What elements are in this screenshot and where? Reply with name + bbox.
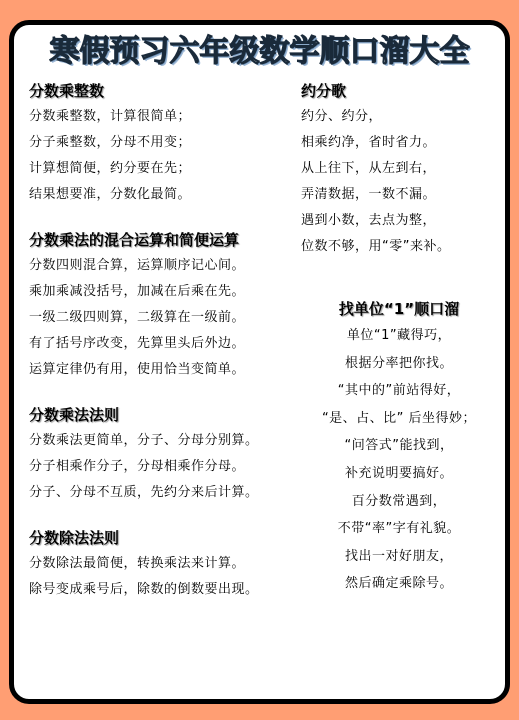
rhyme-line: 乘加乘减没括号，加减在后乘在先。 bbox=[29, 279, 289, 305]
rhyme-line: 分子、分母不互质，先约分来后计算。 bbox=[29, 480, 289, 506]
section-multiplication-rule: 分数乘法法则 分数乘法更简单，分子、分母分别算。 分子相乘作分子，分母相乘作分母… bbox=[29, 402, 289, 506]
rhyme-line: 不带“率”字有礼貌。 bbox=[301, 515, 497, 543]
rhyme-line: 找出一对好朋友， bbox=[301, 543, 497, 571]
rhyme-line: 一级二级四则算，二级算在一级前。 bbox=[29, 305, 289, 331]
rhyme-line: 遇到小数，去点为整， bbox=[301, 208, 497, 234]
rhyme-line: 约分、约分， bbox=[301, 104, 497, 130]
rhyme-line: 除号变成乘号后，除数的倒数要出现。 bbox=[29, 577, 289, 603]
rhyme-line: 补充说明要搞好。 bbox=[301, 460, 497, 488]
section-heading: 约分歌 bbox=[301, 78, 497, 104]
rhyme-line: 然后确定乘除号。 bbox=[301, 570, 497, 598]
rhyme-line: 根据分率把你找。 bbox=[301, 350, 497, 378]
section-heading: 分数乘法法则 bbox=[29, 402, 289, 428]
rhyme-line: “问答式”能找到， bbox=[301, 432, 497, 460]
left-column: 分数乘整数 分数乘整数，计算很简单； 分子乘整数，分母不用变； 计算想简便，约分… bbox=[29, 78, 289, 603]
rhyme-line: 分子乘整数，分母不用变； bbox=[29, 130, 289, 156]
right-column: 约分歌 约分、约分， 相乘约净，省时省力。 从上往下，从左到右， 弄清数据，一数… bbox=[301, 78, 497, 598]
rhyme-line: 从上往下，从左到右， bbox=[301, 156, 497, 182]
rhyme-line: “其中的”前站得好， bbox=[301, 377, 497, 405]
section-division-rule: 分数除法法则 分数除法最简便，转换乘法来计算。 除号变成乘号后，除数的倒数要出现… bbox=[29, 525, 289, 603]
rhyme-line: 分数乘法更简单，分子、分母分别算。 bbox=[29, 428, 289, 454]
rhyme-line: 有了括号序改变，先算里头后外边。 bbox=[29, 331, 289, 357]
section-reduction-song: 约分歌 约分、约分， 相乘约净，省时省力。 从上往下，从左到右， 弄清数据，一数… bbox=[301, 78, 497, 260]
rhyme-line: 位数不够，用“零”来补。 bbox=[301, 234, 497, 260]
rhyme-line: 计算想简便，约分要在先； bbox=[29, 156, 289, 182]
section-heading: 分数乘法的混合运算和简便运算 bbox=[29, 227, 289, 253]
rhyme-line: 弄清数据，一数不漏。 bbox=[301, 182, 497, 208]
rhyme-line: 分子相乘作分子，分母相乘作分母。 bbox=[29, 454, 289, 480]
section-heading: 分数乘整数 bbox=[29, 78, 289, 104]
rhyme-line: 百分数常遇到， bbox=[301, 488, 497, 516]
rhyme-line: 相乘约净，省时省力。 bbox=[301, 130, 497, 156]
section-heading: 分数除法法则 bbox=[29, 525, 289, 551]
rhyme-line: 分数乘整数，计算很简单； bbox=[29, 104, 289, 130]
section-fraction-times-integer: 分数乘整数 分数乘整数，计算很简单； 分子乘整数，分母不用变； 计算想简便，约分… bbox=[29, 78, 289, 208]
section-mixed-operations: 分数乘法的混合运算和简便运算 分数四则混合算，运算顺序记心间。 乘加乘减没括号，… bbox=[29, 227, 289, 383]
rhyme-line: 结果想要准，分数化最简。 bbox=[29, 182, 289, 208]
section-find-unit-one: 找单位“1”顺口溜 单位“1”藏得巧， 根据分率把你找。 “其中的”前站得好， … bbox=[301, 296, 497, 598]
rhyme-line: 运算定律仍有用，使用恰当变简单。 bbox=[29, 357, 289, 383]
rhyme-line: 分数除法最简便，转换乘法来计算。 bbox=[29, 551, 289, 577]
section-heading: 找单位“1”顺口溜 bbox=[301, 296, 497, 322]
rhyme-line: 单位“1”藏得巧， bbox=[301, 322, 497, 350]
rhyme-line: “是、占、比” 后坐得妙； bbox=[301, 405, 497, 433]
rhyme-line: 分数四则混合算，运算顺序记心间。 bbox=[29, 253, 289, 279]
page-title: 寒假预习六年级数学顺口溜大全 bbox=[0, 26, 519, 70]
